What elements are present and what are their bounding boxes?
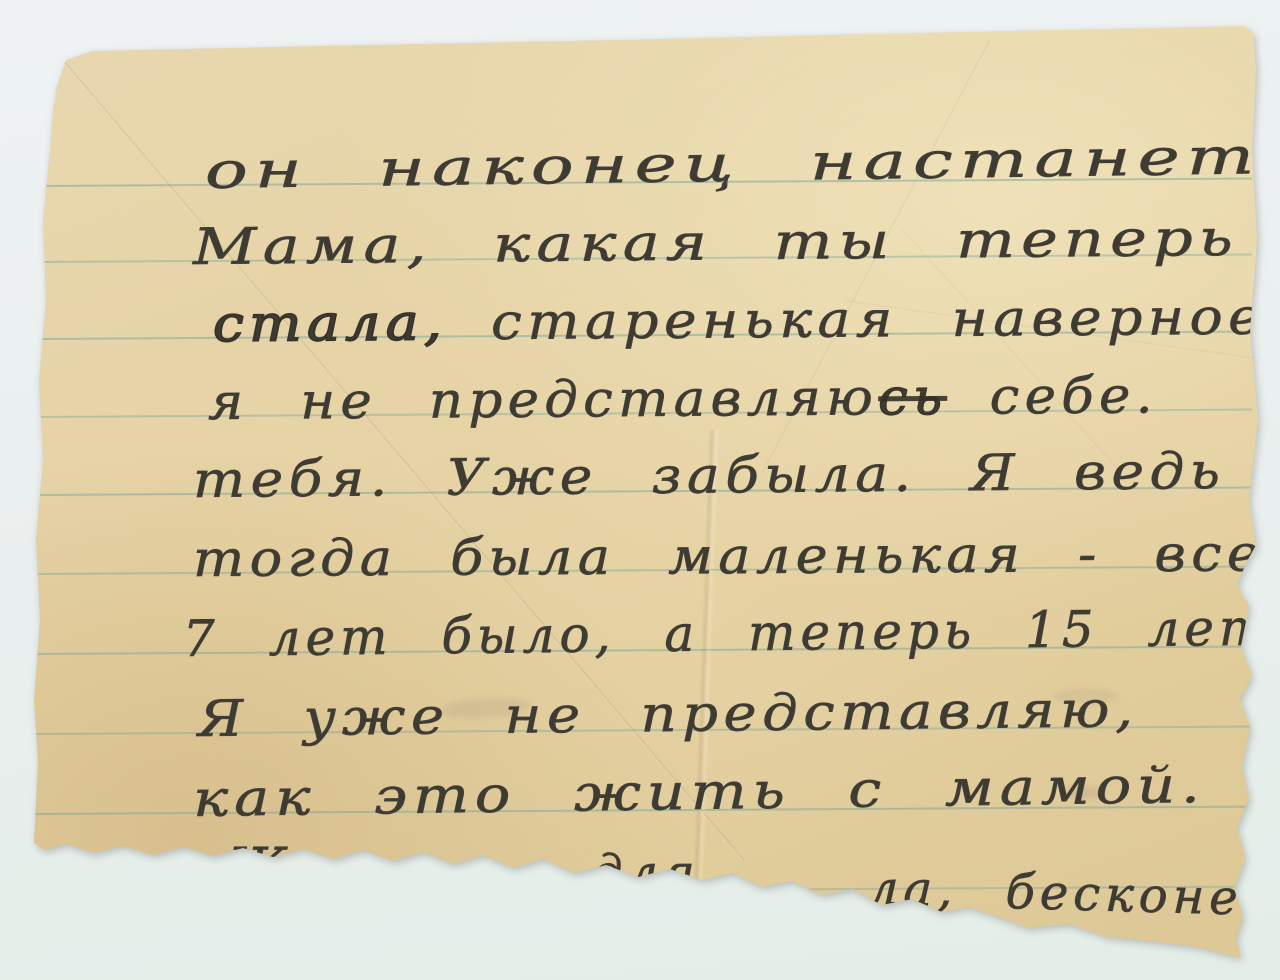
- handwritten-line: он наконец настанет!: [205, 131, 1280, 196]
- handwritten-line: как это жить с мамой.: [193, 760, 1206, 824]
- torn-line-fragment: Ж: [228, 842, 291, 894]
- handwritten-line: 7 лет было, а теперь 15 лет.: [183, 602, 1280, 664]
- handwritten-line: я не представляюсьсебе.: [208, 370, 1158, 427]
- handwritten-text: себе.: [989, 366, 1158, 425]
- handwritten-text: старенькая наверное: [491, 288, 1267, 351]
- handwritten-line: Я уже не представляю,: [198, 684, 1139, 744]
- struck-out-text: сь: [878, 368, 948, 426]
- handwritten-line: стала,старенькая наверное: [213, 292, 1267, 349]
- blotted-word: стала,: [213, 293, 447, 353]
- torn-line-fragment: ла, бесконеч.: [867, 864, 1280, 924]
- scanned-letter: он наконец настанет! Мама, какая ты тепе…: [0, 0, 1280, 980]
- paper-sheet: он наконец настанет! Мама, какая ты тепе…: [0, 0, 1280, 980]
- handwritten-line: Мама, какая ты теперь: [193, 213, 1239, 272]
- torn-line-fragment: для: [592, 849, 700, 897]
- handwritten-line: тебя. Уже забыла. Я ведь: [193, 446, 1226, 505]
- handwritten-line: тогда была маленькая - всего: [193, 528, 1280, 584]
- handwritten-text: я не представляю: [208, 368, 879, 431]
